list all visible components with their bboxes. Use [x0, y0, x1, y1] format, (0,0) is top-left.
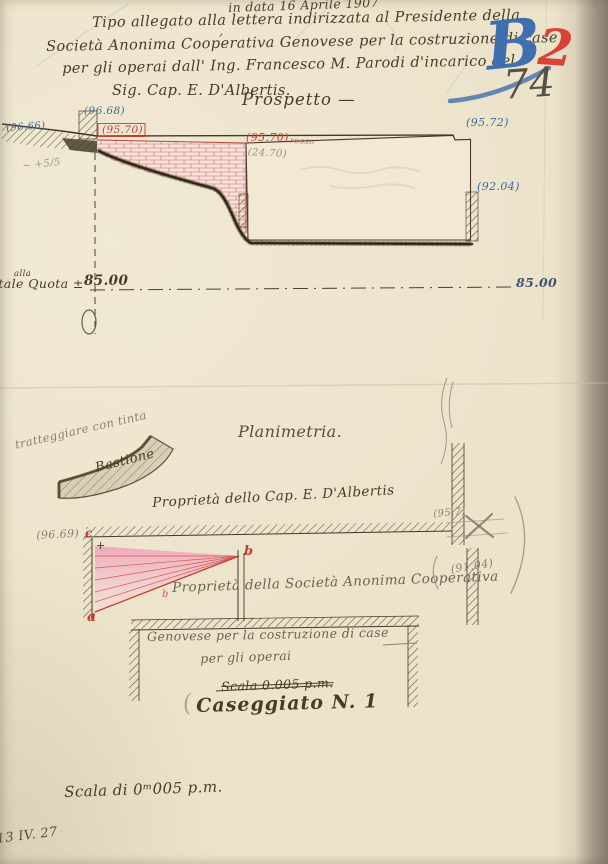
boundary-strip-upper-right [452, 443, 464, 545]
pier-right [466, 192, 478, 241]
small-red-b: b [162, 590, 169, 600]
elevation-95-72: (95.72) [466, 117, 509, 128]
corner-label-a: a [87, 610, 96, 624]
elevation-96-68: (96.68) [84, 106, 125, 117]
building-text-line2: per gli operai [200, 650, 292, 666]
boundary-hatch-left [83, 538, 92, 620]
rosso-note: rosso [290, 137, 315, 147]
corner-number: 5 [592, 2, 598, 11]
scanned-drawing-sheet: in data 16 Aprile 1907 Tipo allegato all… [0, 0, 608, 864]
elevation-95-70-boxed: (95.70) [102, 125, 143, 136]
prospetto-title: Prospetto — [242, 92, 356, 109]
planimetria-title: Planimetria. [238, 424, 342, 440]
datum-value-right: 85.00 [516, 277, 557, 290]
building-hatch-left [129, 629, 139, 701]
pier-left [239, 194, 248, 227]
datum-line [90, 287, 512, 290]
elevation-24-70: (24.70) [247, 148, 287, 160]
datum-value-left: 85.00 [84, 275, 128, 289]
elevation-96-69: (96.69) [36, 528, 79, 541]
elevation-95-70-red: (95.70) [246, 132, 289, 143]
pencil-squiggle [441, 378, 453, 464]
pencil-oval [82, 310, 96, 334]
corner-label-c: c [85, 527, 93, 539]
caseggiato-label: Caseggiato N. 1 [196, 692, 378, 716]
building-hatch-right [408, 625, 418, 707]
datum-label: ontale Quota ± [0, 278, 84, 291]
plus-mark: + [96, 540, 106, 551]
stamp-number-74: 74 [502, 62, 556, 106]
corner-label-b: b [244, 545, 254, 558]
elevation-92-04: (92.04) [477, 181, 520, 192]
